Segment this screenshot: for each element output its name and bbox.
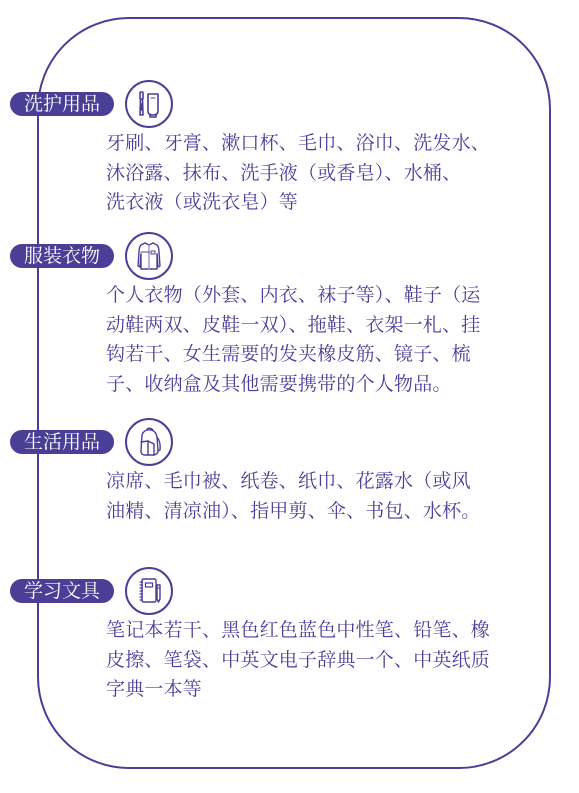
notebook-pen-icon	[125, 567, 173, 615]
body-line: 油精、清凉油）、指甲剪、伞、书包、水杯。	[106, 497, 530, 527]
body-line: 动鞋两双、皮鞋一双）、拖鞋、衣架一札、挂	[106, 311, 530, 341]
section-badge: 学习文具	[10, 579, 114, 603]
section-badge: 服装衣物	[10, 244, 114, 268]
body-line: 洗衣液（或洗衣皂）等	[106, 188, 530, 218]
body-line: 字典一本等	[106, 675, 530, 705]
section-body: 牙刷、牙膏、漱口杯、毛巾、浴巾、洗发水、 沐浴露、抹布、洗手液（或香皂）、水桶、…	[106, 129, 530, 218]
section-body: 凉席、毛巾被、纸卷、纸巾、花露水（或风 油精、清凉油）、指甲剪、伞、书包、水杯。	[106, 467, 530, 526]
backpack-icon	[125, 418, 173, 466]
shirt-icon	[125, 232, 173, 280]
body-line: 凉席、毛巾被、纸卷、纸巾、花露水（或风	[106, 467, 530, 497]
body-line: 个人衣物（外套、内衣、袜子等）、鞋子（运	[106, 281, 530, 311]
toothbrush-toothpaste-icon	[125, 80, 173, 128]
body-line: 笔记本若干、黑色红色蓝色中性笔、铅笔、橡	[106, 616, 530, 646]
body-line: 皮擦、笔袋、中英文电子辞典一个、中英纸质	[106, 646, 530, 676]
body-line: 牙刷、牙膏、漱口杯、毛巾、浴巾、洗发水、	[106, 129, 530, 159]
body-line: 沐浴露、抹布、洗手液（或香皂）、水桶、	[106, 159, 530, 189]
section-body: 个人衣物（外套、内衣、袜子等）、鞋子（运 动鞋两双、皮鞋一双）、拖鞋、衣架一札、…	[106, 281, 530, 399]
body-line: 钩若干、女生需要的发夹橡皮筋、镜子、梳	[106, 340, 530, 370]
section-badge: 生活用品	[10, 430, 114, 454]
section-badge: 洗护用品	[10, 92, 114, 116]
body-line: 子、收纳盒及其他需要携带的个人物品。	[106, 370, 530, 400]
section-body: 笔记本若干、黑色红色蓝色中性笔、铅笔、橡 皮擦、笔袋、中英文电子辞典一个、中英纸…	[106, 616, 530, 705]
